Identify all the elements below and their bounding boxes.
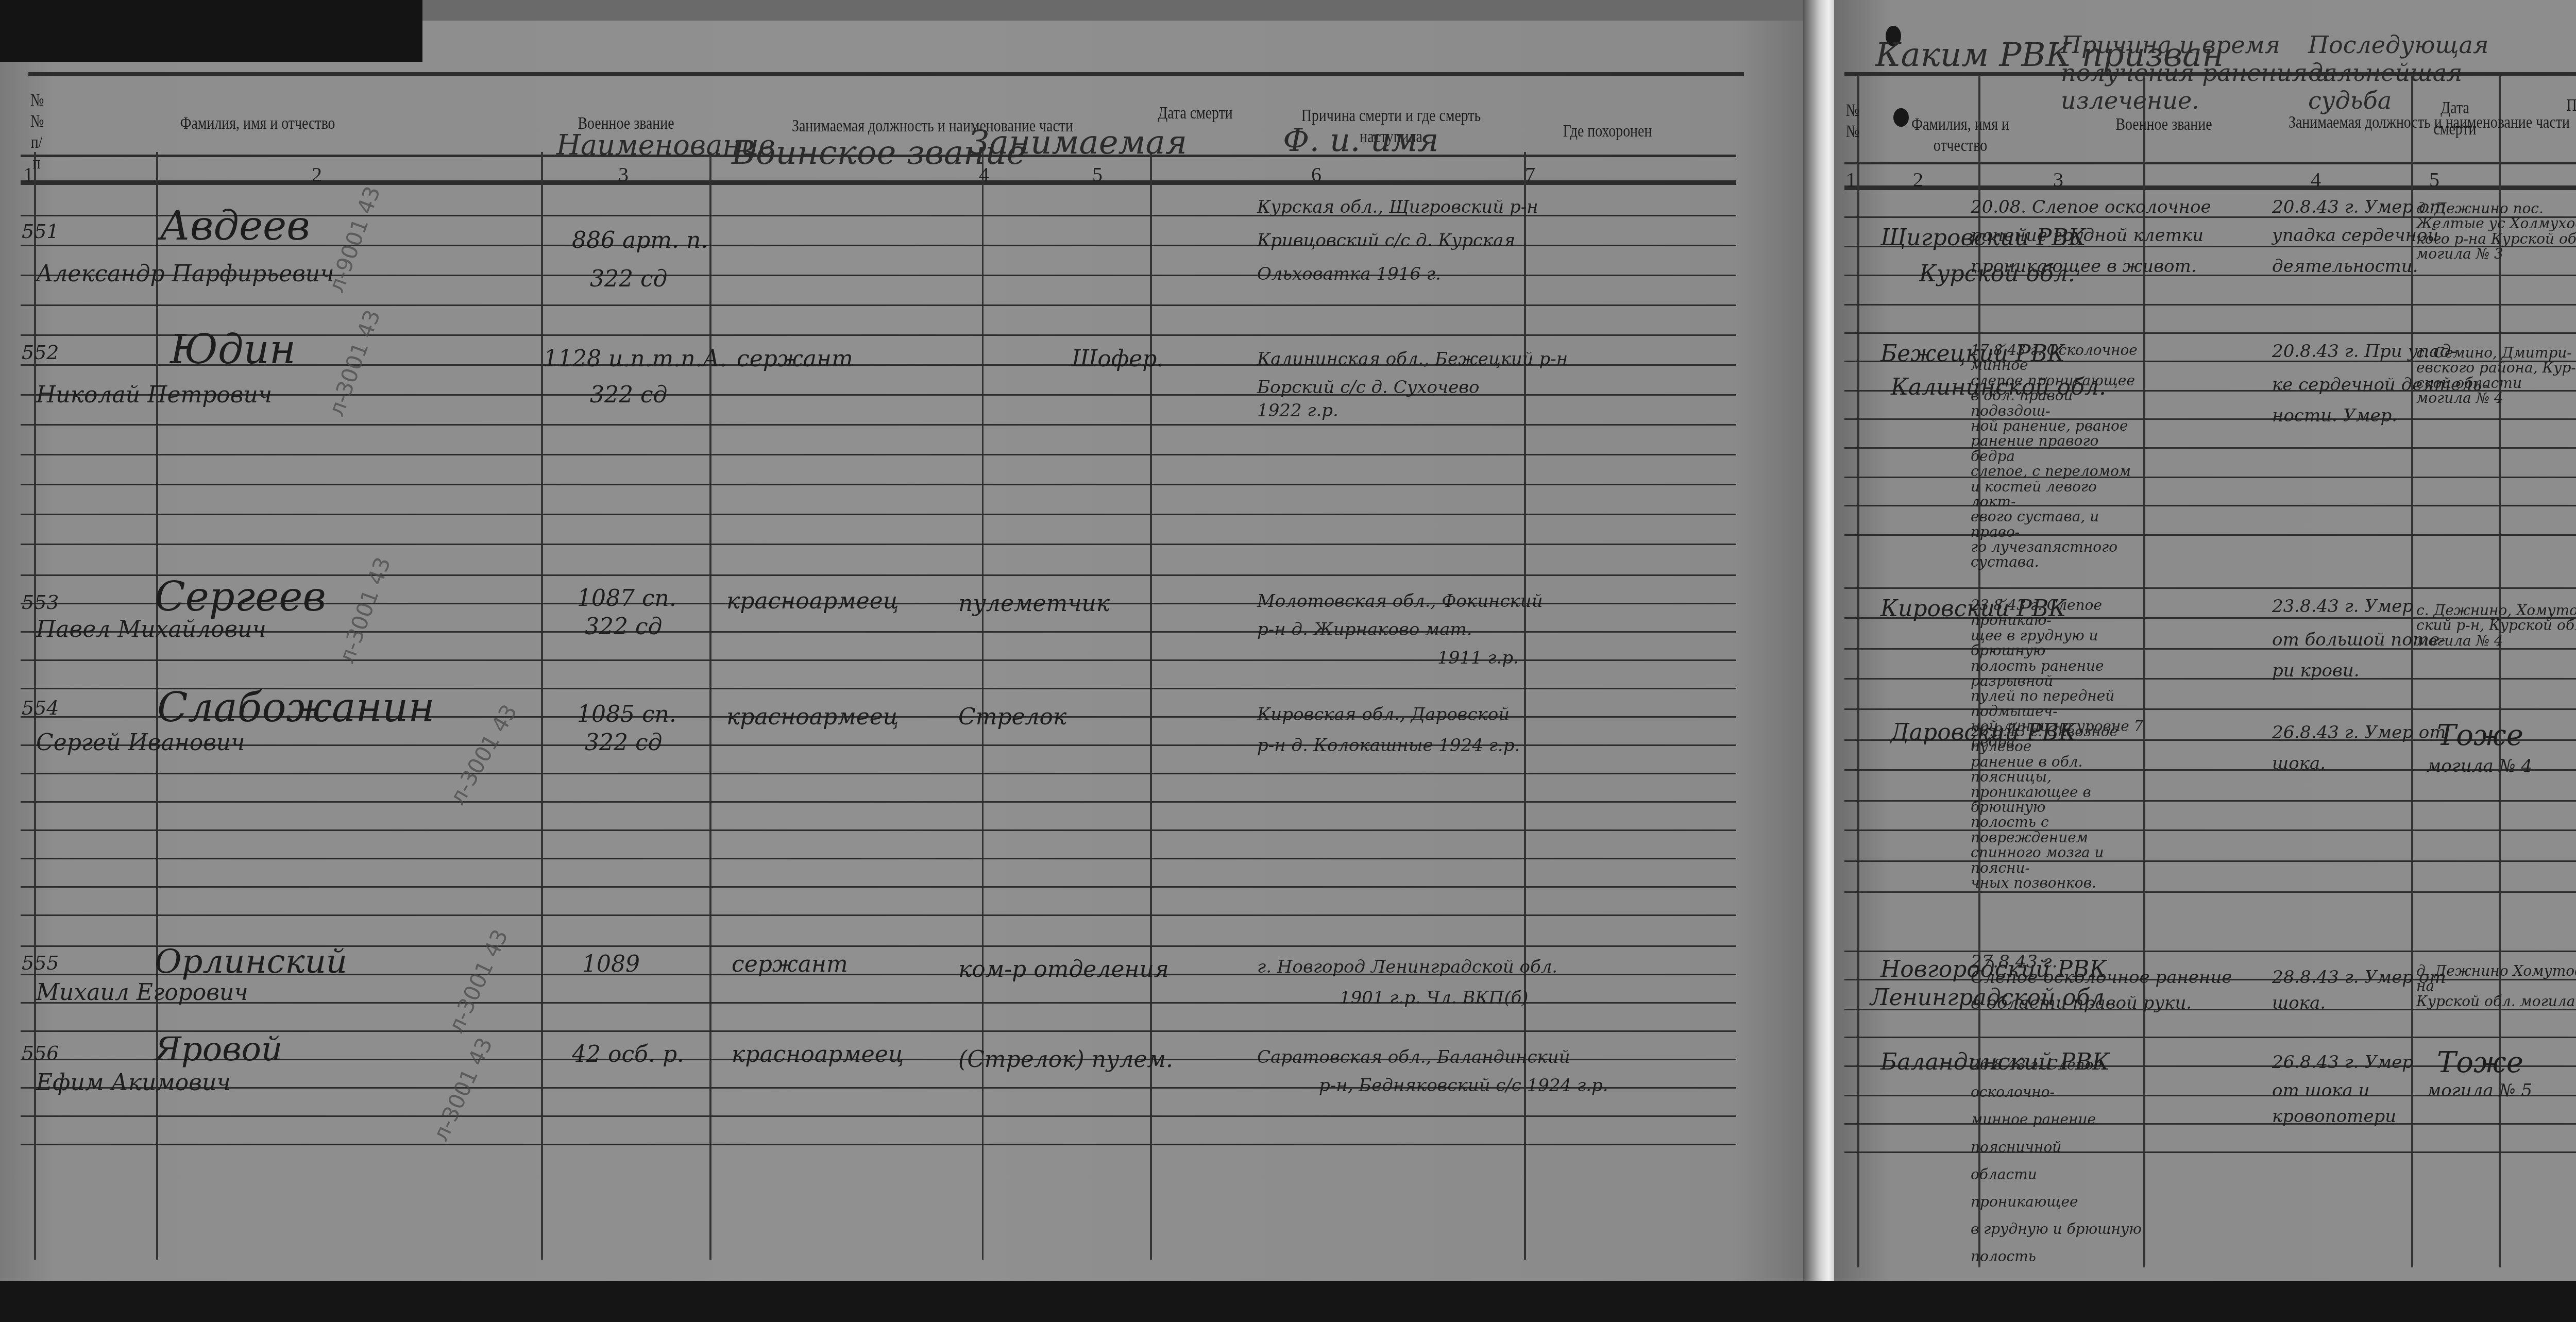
stamp: л-3001 43 — [443, 925, 513, 1037]
wound-line: слепое проникающее — [1971, 373, 2141, 388]
torn-edge — [0, 0, 422, 62]
burial-line: с. Дежнино, Хомутов- — [2416, 603, 2576, 618]
role: пулеметчик — [958, 592, 1110, 615]
origin-line-1: Кировская обл., Даровской — [1257, 706, 1510, 724]
wound-line: 26.8.43 г. Сквозное пулевое — [1971, 724, 2146, 754]
entry-number: 555 — [22, 953, 59, 973]
burial-line: могила № 4 — [2416, 391, 2576, 405]
header-override-cause: Ф. и. имя — [1283, 121, 1439, 159]
wound-line: евого сустава, и право- — [1971, 509, 2141, 539]
col-divider — [2411, 75, 2413, 1267]
origin-line-2: Борский с/с д. Сухочево — [1257, 379, 1480, 397]
died-line: деятельности. — [2272, 258, 2418, 276]
burial-line: могила № 5 — [2427, 1082, 2532, 1100]
origin-line-1: Молотовская обл., Фокинский — [1257, 592, 1543, 611]
wound: 26.8.43 г. Сквозное пулевое ранение в об… — [1971, 724, 2146, 890]
wound-line: проникающее в живот. — [1971, 258, 2196, 276]
rank: сержант — [732, 953, 848, 976]
entry-number: 553 — [22, 592, 59, 612]
wound-line: го лучезапястного сустава. — [1971, 539, 2141, 570]
role: ком-р отделения — [958, 958, 1169, 981]
division: 322 сд — [585, 732, 663, 754]
wound-line: полость с повреждением — [1971, 815, 2146, 845]
col-divider — [1857, 75, 1859, 1267]
surname: Слабожанин — [157, 688, 435, 728]
entry-number: 554 — [22, 698, 59, 718]
stamp: л-3001 43 — [428, 1033, 498, 1145]
col-divider — [1150, 152, 1152, 1260]
wound: 17.8.43 г. Осколочное минное слепое прон… — [1971, 343, 2141, 570]
died-line: 23.8.43 г. Умер — [2272, 598, 2413, 616]
col-divider — [709, 152, 711, 1260]
rank: красноармеец — [726, 706, 899, 728]
surname: Сергеев — [155, 577, 326, 617]
wound-line: щее в грудную и брюшную — [1971, 628, 2146, 658]
died-line: 26.8.43 г. Умер от — [2272, 724, 2446, 742]
burial-line: Тоже — [2437, 1048, 2523, 1077]
origin-line-2: р-н д. Жирнаково мат. — [1257, 621, 1472, 639]
origin-line-1: Саратовская обл., Баландинский — [1257, 1048, 1570, 1067]
wound-line: ной ранение, рваное — [1971, 418, 2141, 433]
burial-line: д. Дежнино Хомутовского р-на — [2416, 963, 2576, 994]
origin-line-2: р-н д. Колокашные 1924 г.р. — [1257, 737, 1520, 755]
burial: д. Дежнино пос. Желтые ус Холмуховс- ког… — [2416, 201, 2576, 262]
died-line: ри крови. — [2272, 662, 2360, 681]
burial: д. Дежнино Хомутовского р-на Курской обл… — [2416, 963, 2576, 1009]
header-num: №№ п/п — [30, 90, 43, 174]
rank: красноармеец — [726, 590, 899, 613]
unit: 886 арт. п. — [572, 229, 708, 252]
wound-line: Слепое осколочное ранение — [1971, 969, 2232, 987]
wound-line: слепое, с переломом — [1971, 464, 2141, 479]
wound-line: 26.8.43 г. Слепое осколочно- — [1971, 1051, 2146, 1106]
burial-line: Курской обл. могила № 5 — [2416, 994, 2576, 1009]
unit: 1089 — [582, 953, 640, 976]
wound-line: пулей по передней подмышеч- — [1971, 688, 2146, 719]
stamp: л-3001 43 — [334, 554, 396, 667]
surname: Яровой — [155, 1033, 282, 1066]
origin-line-3: 1911 г.р. — [1437, 649, 1519, 668]
colnum-2: 2 — [1910, 167, 1926, 192]
died-line: упадка сердечной — [2272, 227, 2438, 245]
origin-line-1: г. Новгород Ленинградской обл. — [1257, 958, 1557, 977]
origin-line-1: Курская обл., Щигровский р-н — [1257, 198, 1538, 217]
burial-line: Тоже — [2437, 721, 2523, 750]
wound-line: полость — [1971, 1243, 2146, 1270]
origin-line-3: 1922 г.р. — [1257, 402, 1338, 420]
colnum-5: 5 — [1090, 162, 1105, 187]
wound-line: полость ранение разрывной — [1971, 658, 2146, 689]
died-line: ности. Умер. — [2272, 407, 2397, 426]
wound-line: области проникающее — [1971, 1161, 2146, 1215]
wound-line: и костей левого локт- — [1971, 479, 2141, 510]
wound-line: 23.8.43 г. Слепое проникаю- — [1971, 598, 2146, 628]
wound: 26.8.43 г. Слепое осколочно- минное ране… — [1971, 1051, 2146, 1270]
wound-line: проникающее в брюшную — [1971, 785, 2146, 815]
division: 322 сд — [590, 384, 668, 406]
burial-line: с. Семино, Дмитри- — [2416, 345, 2576, 360]
died-line: 26.8.43 г. Умер — [2272, 1054, 2413, 1072]
colnum-7: 7 — [1522, 162, 1538, 187]
header-top-rule — [28, 72, 1744, 76]
wound-line: спинного мозга и поясни- — [1971, 845, 2146, 875]
role: Шофер. — [1072, 348, 1164, 370]
given-names: Александр Парфирьевич — [36, 263, 334, 285]
stamp: л-9001 43 — [324, 183, 385, 296]
torn-edge — [422, 0, 1814, 21]
given-names: Михаил Егорович — [36, 981, 248, 1004]
colnum-6: 6 — [1309, 162, 1324, 187]
col-divider — [541, 152, 543, 1260]
wound-line: минное ранение поясничной — [1971, 1106, 2146, 1160]
division: 322 сд — [590, 268, 668, 291]
given-names: Сергей Иванович — [36, 732, 245, 754]
entry-number: 551 — [22, 222, 59, 241]
died-line: шока. — [2272, 994, 2326, 1013]
colnum-4: 4 — [976, 162, 992, 187]
unit: 1085 сп. — [577, 703, 676, 726]
colnum-2: 2 — [309, 162, 325, 187]
wound-line: в грудную и брюшную — [1971, 1215, 2146, 1243]
header-position: Занимаемая должность и наименование част… — [2208, 112, 2576, 133]
surname: Юдин — [170, 330, 296, 370]
rank: сержант — [737, 348, 853, 370]
burial-line: ской области — [2416, 376, 2576, 391]
stamp: л-3001 43 — [324, 307, 385, 419]
surname: Орлинский — [155, 945, 347, 978]
origin-line-1: Калининская обл., Бежецкий р-н — [1257, 350, 1568, 369]
header-cause: Причина смерти и где смерть наступила — [2541, 95, 2576, 116]
role: (Стрелок) пулем. — [958, 1048, 1173, 1071]
role: Стрелок — [958, 706, 1066, 728]
header-date: Дата смерти — [1157, 103, 1233, 124]
burial: с. Дежнино, Хомутов- ский р-н, Курской о… — [2416, 603, 2576, 648]
died-line: от шока и — [2272, 1082, 2369, 1100]
header-buried: Где похоронен — [1544, 121, 1671, 142]
burial-line: евского района, Кур- — [2416, 360, 2576, 375]
burial-line: д. Дежнино пос. — [2416, 201, 2576, 216]
wound-line: в области правой руки. — [1971, 994, 2192, 1013]
left-page: №№ п/п Фамилия, имя и отчество Военное з… — [0, 0, 1824, 1322]
burial: с. Семино, Дмитри- евского района, Кур- … — [2416, 345, 2576, 406]
died-line: шока. — [2272, 755, 2326, 773]
header-override-date: Занимаемая — [969, 124, 1187, 162]
given-names: Николай Петрович — [36, 384, 272, 406]
header-name: Фамилия, имя и отчество — [110, 113, 405, 134]
origin-line-2: р-н, Бедняковский с/с 1924 г.р. — [1319, 1077, 1608, 1095]
burial-line: кого р-на Курской обл. — [2416, 231, 2576, 246]
unit: 1087 сп. — [577, 587, 676, 610]
colnum-5: 5 — [2427, 167, 2442, 192]
rank: красноармеец — [732, 1043, 904, 1066]
died-line: кровопотери — [2272, 1108, 2396, 1126]
origin-line-3: Ольховатка 1916 г. — [1257, 265, 1441, 284]
colnum-3: 3 — [616, 162, 631, 187]
unit: 42 осб. р. — [572, 1043, 684, 1066]
origin-line-2: 1901 г.р. Чл. ВКП(б) — [1340, 989, 1528, 1008]
entry-number: 552 — [22, 343, 59, 362]
given-names: Павел Михайлович — [36, 618, 266, 641]
burial-line: могила № 3 — [2416, 246, 2576, 261]
surname: Авдеев — [160, 206, 310, 246]
wound-line: в обл. правой подвздош- — [1971, 388, 2141, 418]
header-name: Фамилия, имя и отчество — [1891, 114, 2030, 157]
header-override-position: Последующая дальнейшая судьба — [2308, 31, 2540, 114]
burial-line: ский р-н, Курской обл. — [2416, 618, 2576, 633]
origin-line-2: Кривцовский с/с д. Курская — [1257, 232, 1515, 250]
wound-line: ранение в обл. поясницы, — [1971, 754, 2146, 785]
colnum-4: 4 — [2308, 167, 2324, 192]
colnum-bottom-rule — [1844, 185, 2576, 190]
scan-bottom-edge — [0, 1281, 2576, 1322]
burial-line: могила № 4 — [2416, 633, 2576, 648]
right-page: №№ Фамилия, имя и отчество Военное звани… — [1834, 0, 2576, 1322]
wound-line: ранение грудной клетки — [1971, 227, 2204, 245]
wound-line: 17.8.43 г. Осколочное минное — [1971, 343, 2141, 373]
wound-line: 20.08. Слепое осколочное — [1971, 198, 2211, 217]
wound-line: чных позвонков. — [1971, 875, 2146, 890]
colnum-1: 1 — [1843, 167, 1859, 192]
division: 322 сд — [585, 616, 663, 638]
unit: 1128 и.п.т.п.А. — [544, 348, 727, 370]
burial-line: могила № 4 — [2427, 757, 2532, 776]
burial-line: Желтые ус Холмуховс- — [2416, 216, 2576, 231]
header-num: №№ — [1846, 100, 1859, 143]
given-names: Ефим Акимович — [36, 1072, 231, 1094]
wound-line: ранение правого бедра — [1971, 433, 2141, 464]
colnum-1: 1 — [21, 162, 36, 187]
entry-number: 556 — [22, 1043, 59, 1063]
colnum-3: 3 — [2050, 167, 2066, 192]
header-bottom-rule — [1844, 162, 2576, 164]
colnum-bottom-rule — [21, 180, 1736, 185]
